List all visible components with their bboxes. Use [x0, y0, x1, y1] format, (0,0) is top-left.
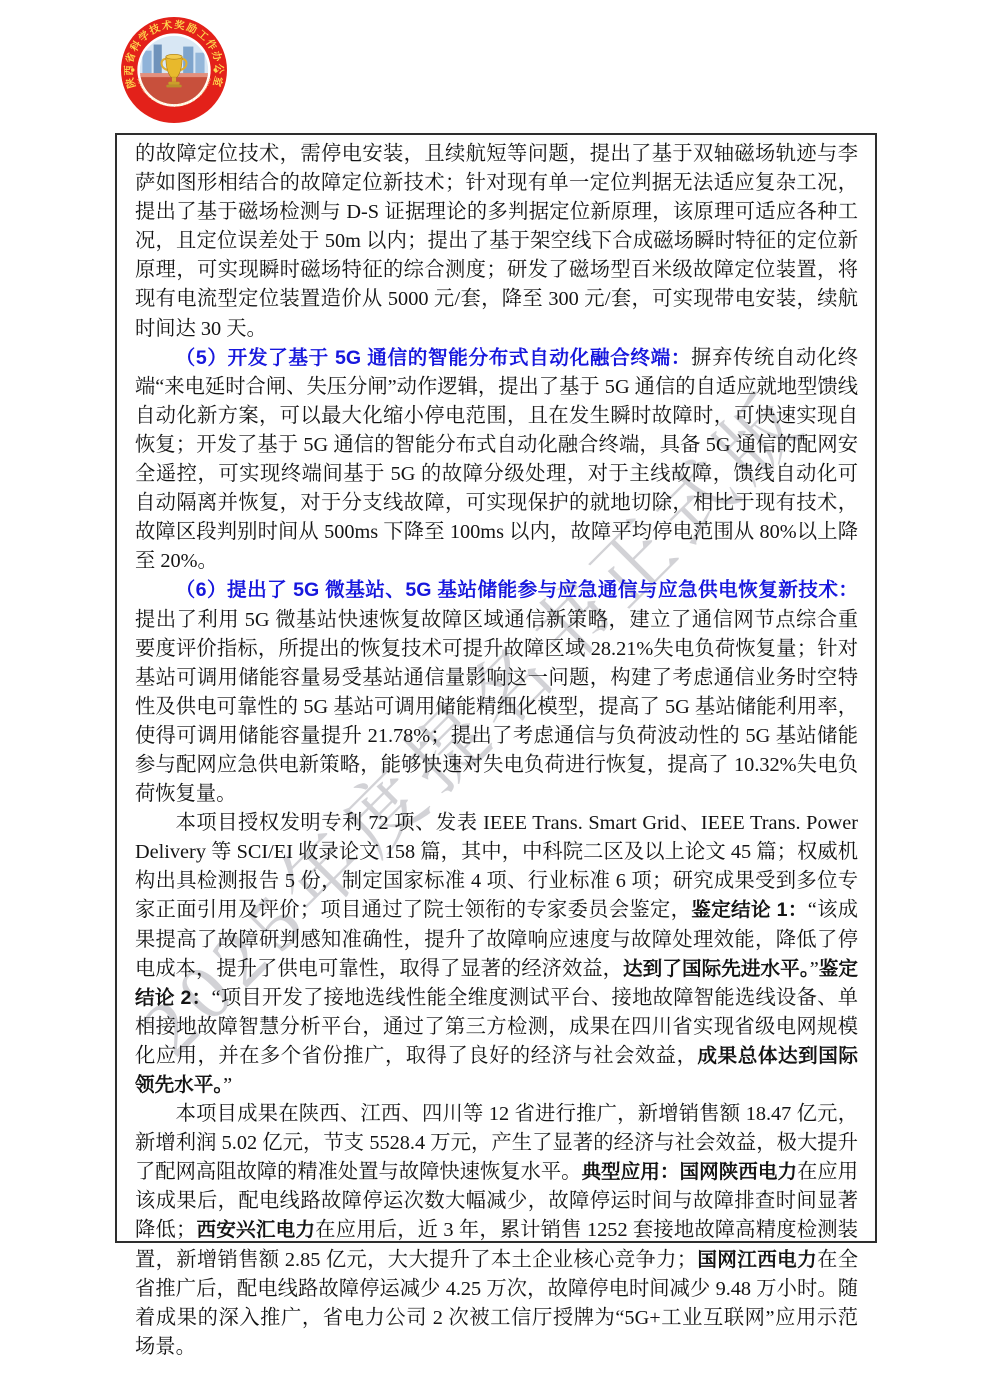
award-logo-svg: 陕西省科学技术奖励工作办公室 SHAANXI PROVINCIAL OFFICE… [120, 16, 228, 124]
text-segment-normal: 提出了利用 5G 微基站快速恢复故障区域通信新策略，建立了通信网节点综合重要度评… [135, 609, 858, 806]
text-segment-blue-bold: （5）开发了基于 5G 通信的智能分布式自动化融合终端： [176, 347, 692, 369]
document-body: 的故障定位技术，需停电安装，且续航短等问题，提出了基于双轴磁场轨迹与李萨如图形相… [135, 140, 858, 1362]
text-segment-normal: ” [810, 958, 819, 980]
logo-star-right [214, 68, 217, 71]
paragraph: 本项目成果在陕西、江西、四川等 12 省进行推广，新增销售额 18.47 亿元，… [135, 1100, 858, 1362]
text-segment-bold: 鉴定结论 1： [691, 899, 808, 921]
text-segment-blue-bold: （6）提出了 5G 微基站、5G 基站储能参与应急通信与应急供电恢复新技术： [176, 579, 858, 601]
text-segment-bold: 达到了国际先进水平。 [623, 958, 810, 980]
logo-star-left [131, 68, 134, 71]
text-segment-bold: 西安兴汇电力 [196, 1219, 315, 1241]
text-segment-normal: 摒弃传统自动化终端“来电延时合闸、失压分闸”动作逻辑，提出了基于 5G 通信的自… [135, 347, 858, 573]
paragraph: （5）开发了基于 5G 通信的智能分布式自动化融合终端：摒弃传统自动化终端“来电… [135, 344, 858, 577]
award-logo: 陕西省科学技术奖励工作办公室 SHAANXI PROVINCIAL OFFICE… [120, 16, 228, 124]
paragraph: （6）提出了 5G 微基站、5G 基站储能参与应急通信与应急供电恢复新技术：提出… [135, 576, 858, 809]
text-segment-bold: 典型应用：国网陕西电力 [581, 1161, 797, 1183]
page: { "page": { "background": "#ffffff", "wa… [0, 0, 990, 1399]
text-segment-normal: 的故障定位技术，需停电安装，且续航短等问题，提出了基于双轴磁场轨迹与李萨如图形相… [135, 143, 858, 340]
content-border-box: 的故障定位技术，需停电安装，且续航短等问题，提出了基于双轴磁场轨迹与李萨如图形相… [115, 133, 877, 1243]
paragraph: 的故障定位技术，需停电安装，且续航短等问题，提出了基于双轴磁场轨迹与李萨如图形相… [135, 140, 858, 344]
text-segment-bold: 国网江西电力 [697, 1249, 817, 1271]
text-segment-normal: ” [223, 1074, 232, 1096]
paragraph: 本项目授权发明专利 72 项、发表 IEEE Trans. Smart Grid… [135, 809, 858, 1100]
